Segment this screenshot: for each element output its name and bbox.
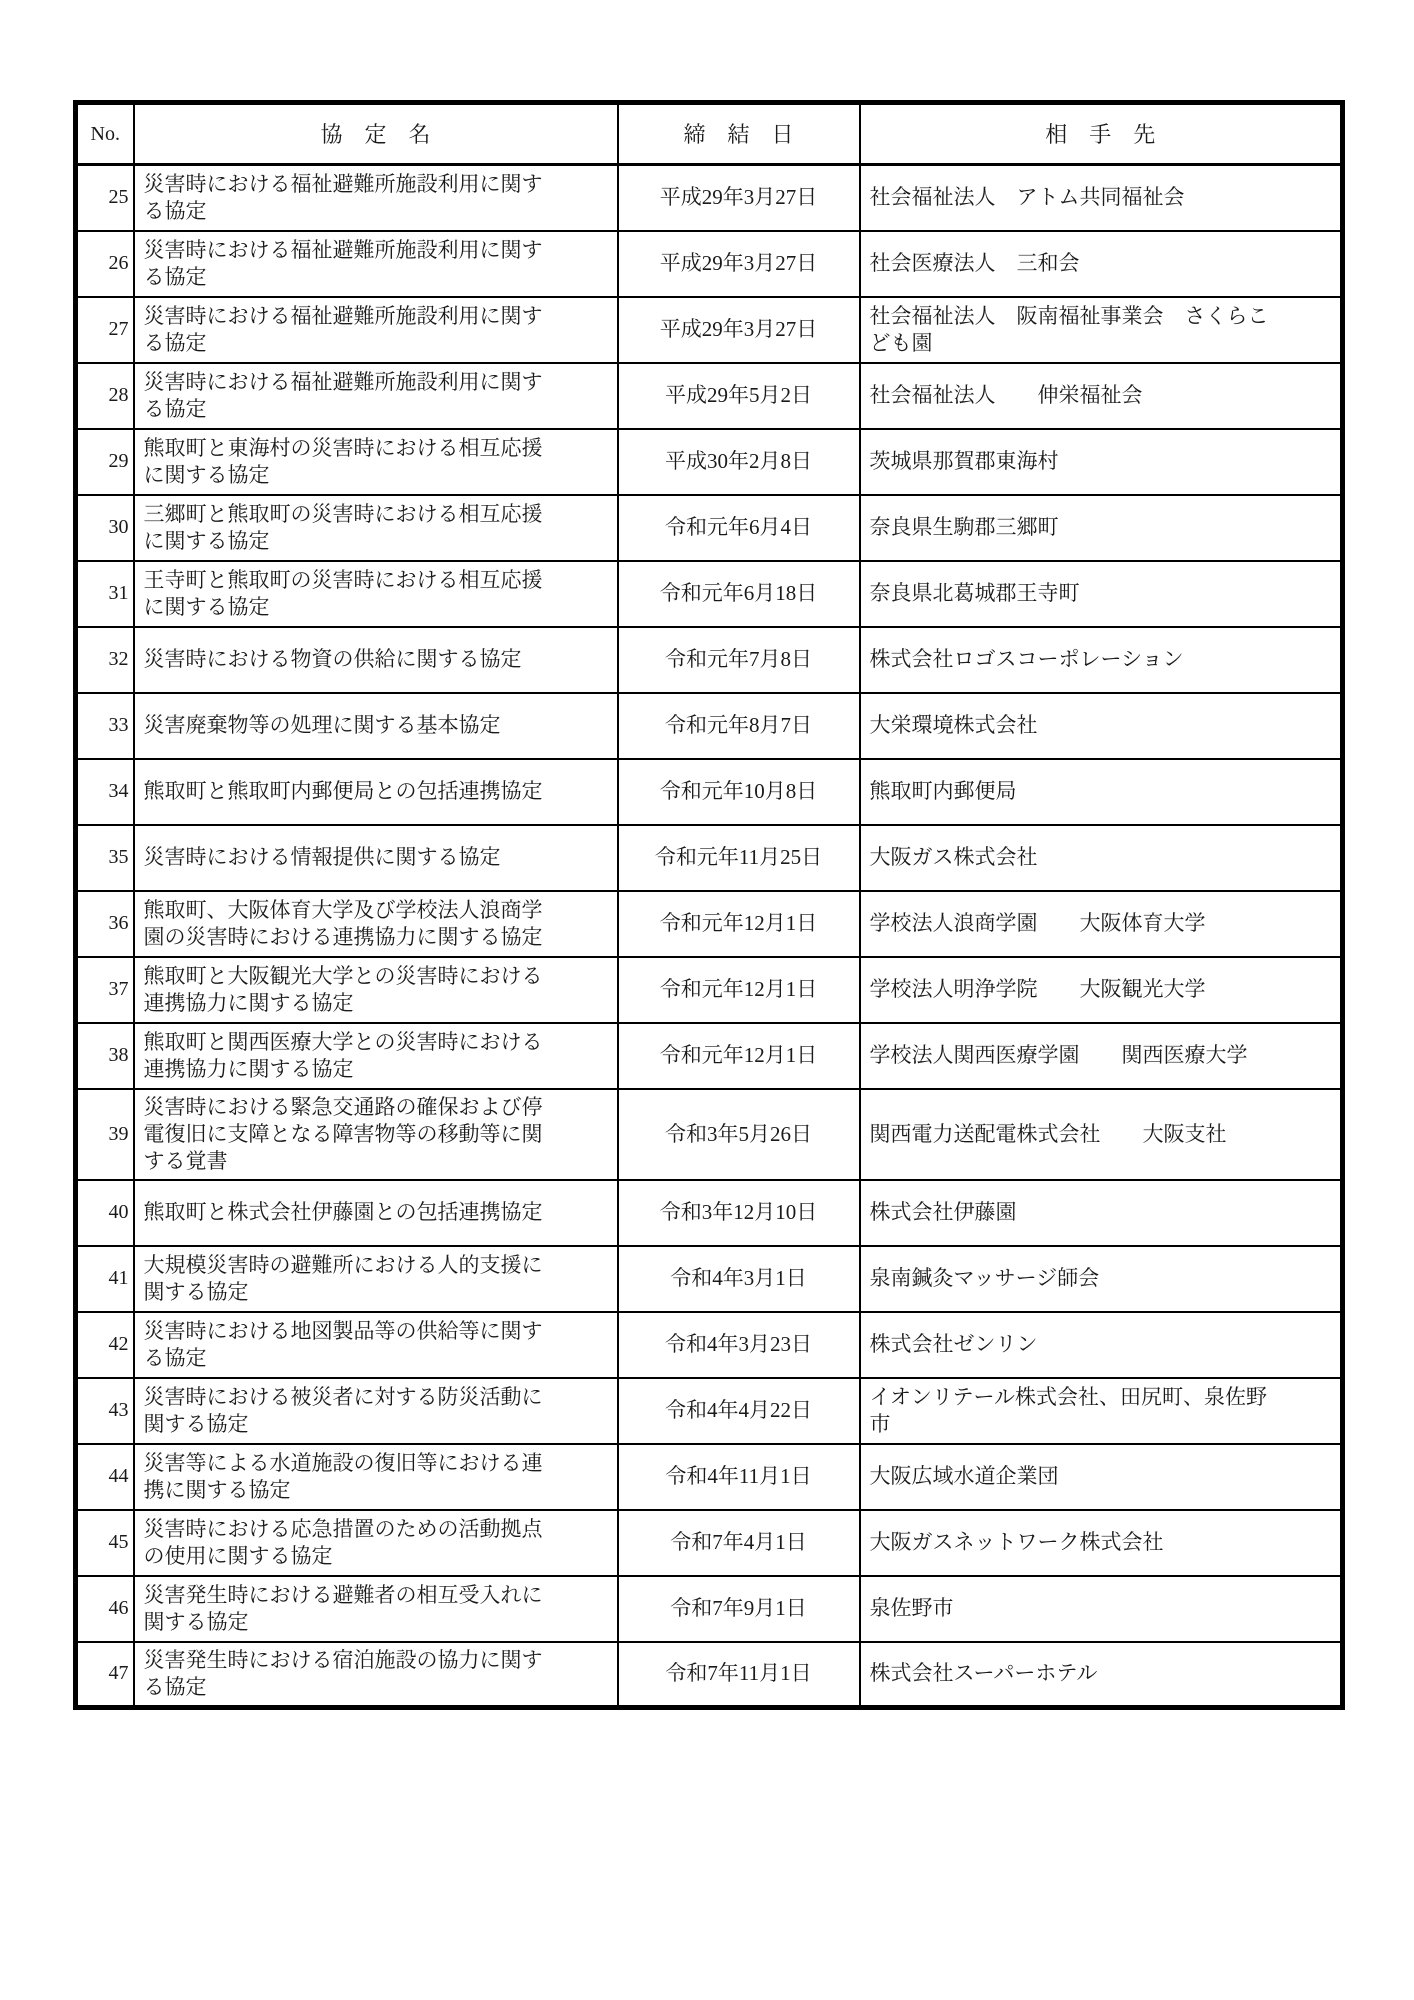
agreement-name: 災害発生時における宿泊施設の協力に関する協定: [134, 1642, 618, 1708]
partner-name: 株式会社ロゴスコーポレーション: [860, 627, 1343, 693]
agreement-name: 災害時における福祉避難所施設利用に関する協定: [134, 165, 618, 231]
row-number: 38: [76, 1023, 134, 1089]
partner-name: 株式会社スーパーホテル: [860, 1642, 1343, 1708]
partner-name: 社会福祉法人 アトム共同福祉会: [860, 165, 1343, 231]
conclusion-date: 令和元年7月8日: [618, 627, 860, 693]
table-row: 26 災害時における福祉避難所施設利用に関する協定 平成29年3月27日 社会医…: [76, 231, 1343, 297]
conclusion-date: 令和元年6月18日: [618, 561, 860, 627]
partner-name: 奈良県北葛城郡王寺町: [860, 561, 1343, 627]
table-row: 30 三郷町と熊取町の災害時における相互応援に関する協定 令和元年6月4日 奈良…: [76, 495, 1343, 561]
table-header: No. 協 定 名 締 結 日 相 手 先: [76, 103, 1343, 165]
partner-name: 泉佐野市: [860, 1576, 1343, 1642]
partner-name: イオンリテール株式会社、田尻町、泉佐野市: [860, 1378, 1343, 1444]
table-row: 46 災害発生時における避難者の相互受入れに関する協定 令和7年9月1日 泉佐野…: [76, 1576, 1343, 1642]
partner-name: 大阪広域水道企業団: [860, 1444, 1343, 1510]
header-partner: 相 手 先: [860, 103, 1343, 165]
row-number: 45: [76, 1510, 134, 1576]
table-row: 42 災害時における地図製品等の供給等に関する協定 令和4年3月23日 株式会社…: [76, 1312, 1343, 1378]
table-row: 40 熊取町と株式会社伊藤園との包括連携協定 令和3年12月10日 株式会社伊藤…: [76, 1180, 1343, 1246]
conclusion-date: 令和4年3月1日: [618, 1246, 860, 1312]
row-number: 27: [76, 297, 134, 363]
row-number: 30: [76, 495, 134, 561]
conclusion-date: 平成29年3月27日: [618, 297, 860, 363]
agreement-name: 熊取町、大阪体育大学及び学校法人浪商学園の災害時における連携協力に関する協定: [134, 891, 618, 957]
row-number: 35: [76, 825, 134, 891]
table-row: 31 王寺町と熊取町の災害時における相互応援に関する協定 令和元年6月18日 奈…: [76, 561, 1343, 627]
row-number: 31: [76, 561, 134, 627]
row-number: 40: [76, 1180, 134, 1246]
partner-name: 株式会社伊藤園: [860, 1180, 1343, 1246]
agreement-name: 災害時における福祉避難所施設利用に関する協定: [134, 297, 618, 363]
table-row: 36 熊取町、大阪体育大学及び学校法人浪商学園の災害時における連携協力に関する協…: [76, 891, 1343, 957]
row-number: 44: [76, 1444, 134, 1510]
conclusion-date: 令和4年3月23日: [618, 1312, 860, 1378]
header-conclusion-date: 締 結 日: [618, 103, 860, 165]
row-number: 34: [76, 759, 134, 825]
conclusion-date: 令和元年8月7日: [618, 693, 860, 759]
agreement-name: 災害発生時における避難者の相互受入れに関する協定: [134, 1576, 618, 1642]
conclusion-date: 令和4年11月1日: [618, 1444, 860, 1510]
agreement-name: 王寺町と熊取町の災害時における相互応援に関する協定: [134, 561, 618, 627]
agreement-name: 三郷町と熊取町の災害時における相互応援に関する協定: [134, 495, 618, 561]
agreement-name: 災害時における応急措置のための活動拠点の使用に関する協定: [134, 1510, 618, 1576]
row-number: 46: [76, 1576, 134, 1642]
table-row: 38 熊取町と関西医療大学との災害時における連携協力に関する協定 令和元年12月…: [76, 1023, 1343, 1089]
conclusion-date: 令和3年12月10日: [618, 1180, 860, 1246]
partner-name: 大阪ガス株式会社: [860, 825, 1343, 891]
partner-name: 学校法人関西医療学園 関西医療大学: [860, 1023, 1343, 1089]
agreement-name: 災害廃棄物等の処理に関する基本協定: [134, 693, 618, 759]
table-row: 28 災害時における福祉避難所施設利用に関する協定 平成29年5月2日 社会福祉…: [76, 363, 1343, 429]
agreement-name: 災害等による水道施設の復旧等における連携に関する協定: [134, 1444, 618, 1510]
conclusion-date: 令和元年6月4日: [618, 495, 860, 561]
conclusion-date: 令和元年11月25日: [618, 825, 860, 891]
header-row: No. 協 定 名 締 結 日 相 手 先: [76, 103, 1343, 165]
conclusion-date: 令和元年10月8日: [618, 759, 860, 825]
conclusion-date: 平成29年5月2日: [618, 363, 860, 429]
agreement-name: 災害時における物資の供給に関する協定: [134, 627, 618, 693]
row-number: 29: [76, 429, 134, 495]
table-row: 45 災害時における応急措置のための活動拠点の使用に関する協定 令和7年4月1日…: [76, 1510, 1343, 1576]
partner-name: 学校法人明浄学院 大阪観光大学: [860, 957, 1343, 1023]
partner-name: 大栄環境株式会社: [860, 693, 1343, 759]
table-row: 29 熊取町と東海村の災害時における相互応援に関する協定 平成30年2月8日 茨…: [76, 429, 1343, 495]
row-number: 43: [76, 1378, 134, 1444]
conclusion-date: 令和4年4月22日: [618, 1378, 860, 1444]
partner-name: 泉南鍼灸マッサージ師会: [860, 1246, 1343, 1312]
table-row: 32 災害時における物資の供給に関する協定 令和元年7月8日 株式会社ロゴスコー…: [76, 627, 1343, 693]
conclusion-date: 令和元年12月1日: [618, 891, 860, 957]
agreement-name: 熊取町と株式会社伊藤園との包括連携協定: [134, 1180, 618, 1246]
row-number: 33: [76, 693, 134, 759]
table-row: 47 災害発生時における宿泊施設の協力に関する協定 令和7年11月1日 株式会社…: [76, 1642, 1343, 1708]
agreement-name: 災害時における福祉避難所施設利用に関する協定: [134, 231, 618, 297]
row-number: 26: [76, 231, 134, 297]
conclusion-date: 平成29年3月27日: [618, 231, 860, 297]
agreement-name: 災害時における福祉避難所施設利用に関する協定: [134, 363, 618, 429]
partner-name: 社会福祉法人 阪南福祉事業会 さくらこども園: [860, 297, 1343, 363]
agreements-sheet: No. 協 定 名 締 結 日 相 手 先 25 災害時における福祉避難所施設利…: [73, 100, 1345, 1710]
row-number: 47: [76, 1642, 134, 1708]
conclusion-date: 令和7年11月1日: [618, 1642, 860, 1708]
agreements-table: No. 協 定 名 締 結 日 相 手 先 25 災害時における福祉避難所施設利…: [73, 100, 1345, 1710]
conclusion-date: 平成29年3月27日: [618, 165, 860, 231]
row-number: 28: [76, 363, 134, 429]
row-number: 25: [76, 165, 134, 231]
header-no: No.: [76, 103, 134, 165]
conclusion-date: 令和3年5月26日: [618, 1089, 860, 1180]
partner-name: 社会福祉法人 伸栄福祉会: [860, 363, 1343, 429]
table-row: 25 災害時における福祉避難所施設利用に関する協定 平成29年3月27日 社会福…: [76, 165, 1343, 231]
table-row: 37 熊取町と大阪観光大学との災害時における連携協力に関する協定 令和元年12月…: [76, 957, 1343, 1023]
row-number: 37: [76, 957, 134, 1023]
agreement-name: 大規模災害時の避難所における人的支援に関する協定: [134, 1246, 618, 1312]
table-row: 34 熊取町と熊取町内郵便局との包括連携協定 令和元年10月8日 熊取町内郵便局: [76, 759, 1343, 825]
agreement-name: 災害時における地図製品等の供給等に関する協定: [134, 1312, 618, 1378]
agreement-name: 熊取町と熊取町内郵便局との包括連携協定: [134, 759, 618, 825]
table-row: 35 災害時における情報提供に関する協定 令和元年11月25日 大阪ガス株式会社: [76, 825, 1343, 891]
table-row: 39 災害時における緊急交通路の確保および停電復旧に支障となる障害物等の移動等に…: [76, 1089, 1343, 1180]
conclusion-date: 令和元年12月1日: [618, 957, 860, 1023]
partner-name: 大阪ガスネットワーク株式会社: [860, 1510, 1343, 1576]
partner-name: 奈良県生駒郡三郷町: [860, 495, 1343, 561]
row-number: 41: [76, 1246, 134, 1312]
table-row: 33 災害廃棄物等の処理に関する基本協定 令和元年8月7日 大栄環境株式会社: [76, 693, 1343, 759]
table-row: 44 災害等による水道施設の復旧等における連携に関する協定 令和4年11月1日 …: [76, 1444, 1343, 1510]
partner-name: 関西電力送配電株式会社 大阪支社: [860, 1089, 1343, 1180]
partner-name: 社会医療法人 三和会: [860, 231, 1343, 297]
table-body: 25 災害時における福祉避難所施設利用に関する協定 平成29年3月27日 社会福…: [76, 165, 1343, 1708]
agreement-name: 災害時における被災者に対する防災活動に関する協定: [134, 1378, 618, 1444]
agreement-name: 災害時における緊急交通路の確保および停電復旧に支障となる障害物等の移動等に関する…: [134, 1089, 618, 1180]
agreement-name: 熊取町と大阪観光大学との災害時における連携協力に関する協定: [134, 957, 618, 1023]
table-row: 27 災害時における福祉避難所施設利用に関する協定 平成29年3月27日 社会福…: [76, 297, 1343, 363]
conclusion-date: 令和元年12月1日: [618, 1023, 860, 1089]
table-row: 43 災害時における被災者に対する防災活動に関する協定 令和4年4月22日 イオ…: [76, 1378, 1343, 1444]
partner-name: 茨城県那賀郡東海村: [860, 429, 1343, 495]
partner-name: 株式会社ゼンリン: [860, 1312, 1343, 1378]
row-number: 36: [76, 891, 134, 957]
conclusion-date: 令和7年9月1日: [618, 1576, 860, 1642]
agreement-name: 災害時における情報提供に関する協定: [134, 825, 618, 891]
agreement-name: 熊取町と東海村の災害時における相互応援に関する協定: [134, 429, 618, 495]
document-page: No. 協 定 名 締 結 日 相 手 先 25 災害時における福祉避難所施設利…: [0, 0, 1414, 2000]
agreement-name: 熊取町と関西医療大学との災害時における連携協力に関する協定: [134, 1023, 618, 1089]
row-number: 39: [76, 1089, 134, 1180]
row-number: 42: [76, 1312, 134, 1378]
conclusion-date: 平成30年2月8日: [618, 429, 860, 495]
conclusion-date: 令和7年4月1日: [618, 1510, 860, 1576]
header-agreement-name: 協 定 名: [134, 103, 618, 165]
row-number: 32: [76, 627, 134, 693]
partner-name: 学校法人浪商学園 大阪体育大学: [860, 891, 1343, 957]
partner-name: 熊取町内郵便局: [860, 759, 1343, 825]
table-row: 41 大規模災害時の避難所における人的支援に関する協定 令和4年3月1日 泉南鍼…: [76, 1246, 1343, 1312]
